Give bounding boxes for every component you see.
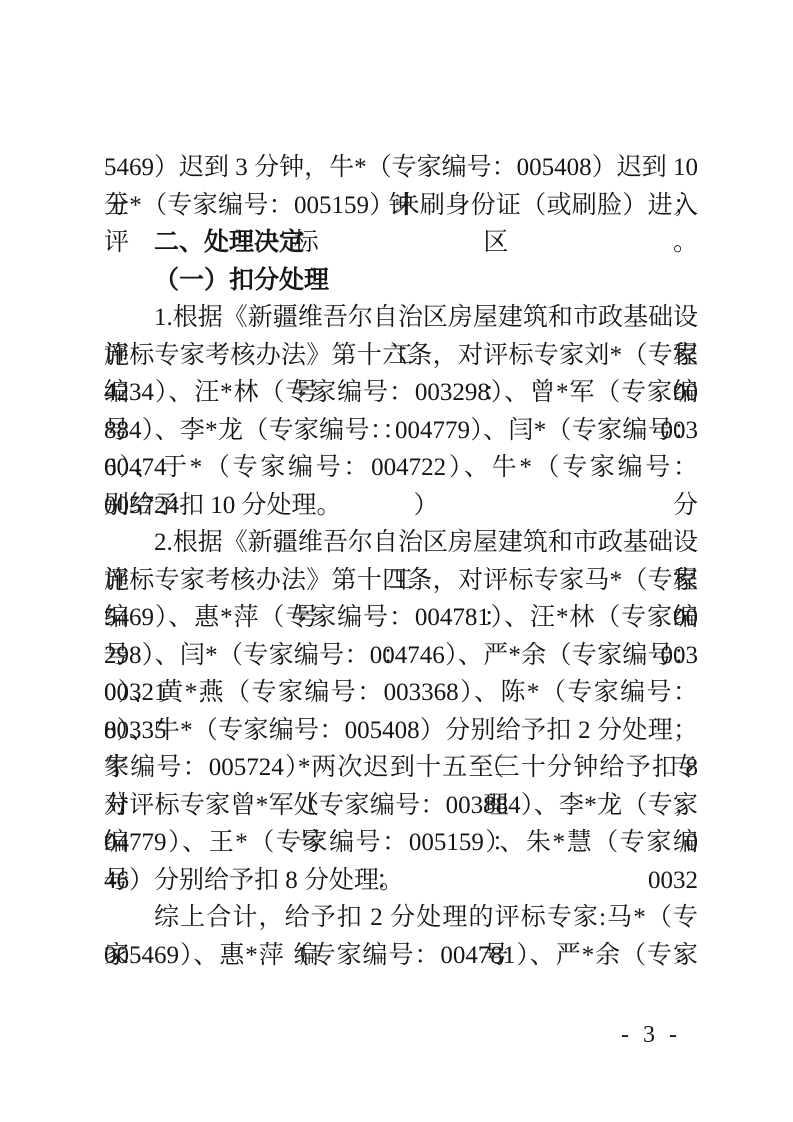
text-line: （一）扣分处理 <box>104 262 698 300</box>
text-line: 1.根据《新疆维吾尔自治区房屋建筑和市政基础设施工程 <box>104 299 698 337</box>
text-line: 8）、牛*（专家编号：005408）分别给予扣 2 分处理；牛*（专 <box>104 712 698 750</box>
text-line: 04779）、王*（专家编号：005159）、朱*慧（专家编号：0032 <box>104 824 698 862</box>
text-line: 6）、于*（专家编号：004722）、牛*（专家编号：005724）分 <box>104 449 698 487</box>
text-line: 884）、李*龙（专家编号：004779）、闫*（专家编号：00474 <box>104 412 698 450</box>
text-line: 评标专家考核办法》第十六条，对评标专家刘*（专家编号：00 <box>104 337 698 375</box>
text-line: 评标专家考核办法》第十四条，对评标专家马*（专家编号：00 <box>104 562 698 600</box>
text-line: 5469）、惠*萍（专家编号：004781）、汪*林（专家编号：003 <box>104 599 698 637</box>
text-line: 2.根据《新疆维吾尔自治区房屋建筑和市政基础设施工程 <box>104 524 698 562</box>
text-line: 4234）、汪*林（专家编号：003298）、曾*军（专家编号：003 <box>104 374 698 412</box>
text-line: 5469）迟到 3 分钟，牛*（专家编号：005408）迟到 10 分钟； <box>104 149 698 187</box>
text-line: 综上合计，给予扣 2 分处理的评标专家:马*（专家编号： <box>104 899 698 937</box>
text-line: 对评标专家曾*军（专家编号：003884）、李*龙（专家编号：0 <box>104 787 698 825</box>
page-number: - 3 - <box>621 1022 681 1049</box>
text-line: 王*（专家编号：005159）未刷身份证（或刷脸）进入评标区。 <box>104 187 698 225</box>
text-line: 家编号：005724）两次迟到十五至三十分钟给予扣 8 分处理； <box>104 749 698 787</box>
text-line: 0）、黄*燕（专家编号：003368）、陈*（专家编号：00335 <box>104 674 698 712</box>
text-line: 298）、闫*（专家编号：004746）、严*余（专家编号：00321 <box>104 637 698 675</box>
document-page: 5469）迟到 3 分钟，牛*（专家编号：005408）迟到 10 分钟；王*（… <box>0 0 793 1122</box>
text-line: 005469）、惠*萍（专家编号：004781）、严*余（专家编号：0 <box>104 937 698 975</box>
document-body: 5469）迟到 3 分钟，牛*（专家编号：005408）迟到 10 分钟；王*（… <box>104 149 698 974</box>
